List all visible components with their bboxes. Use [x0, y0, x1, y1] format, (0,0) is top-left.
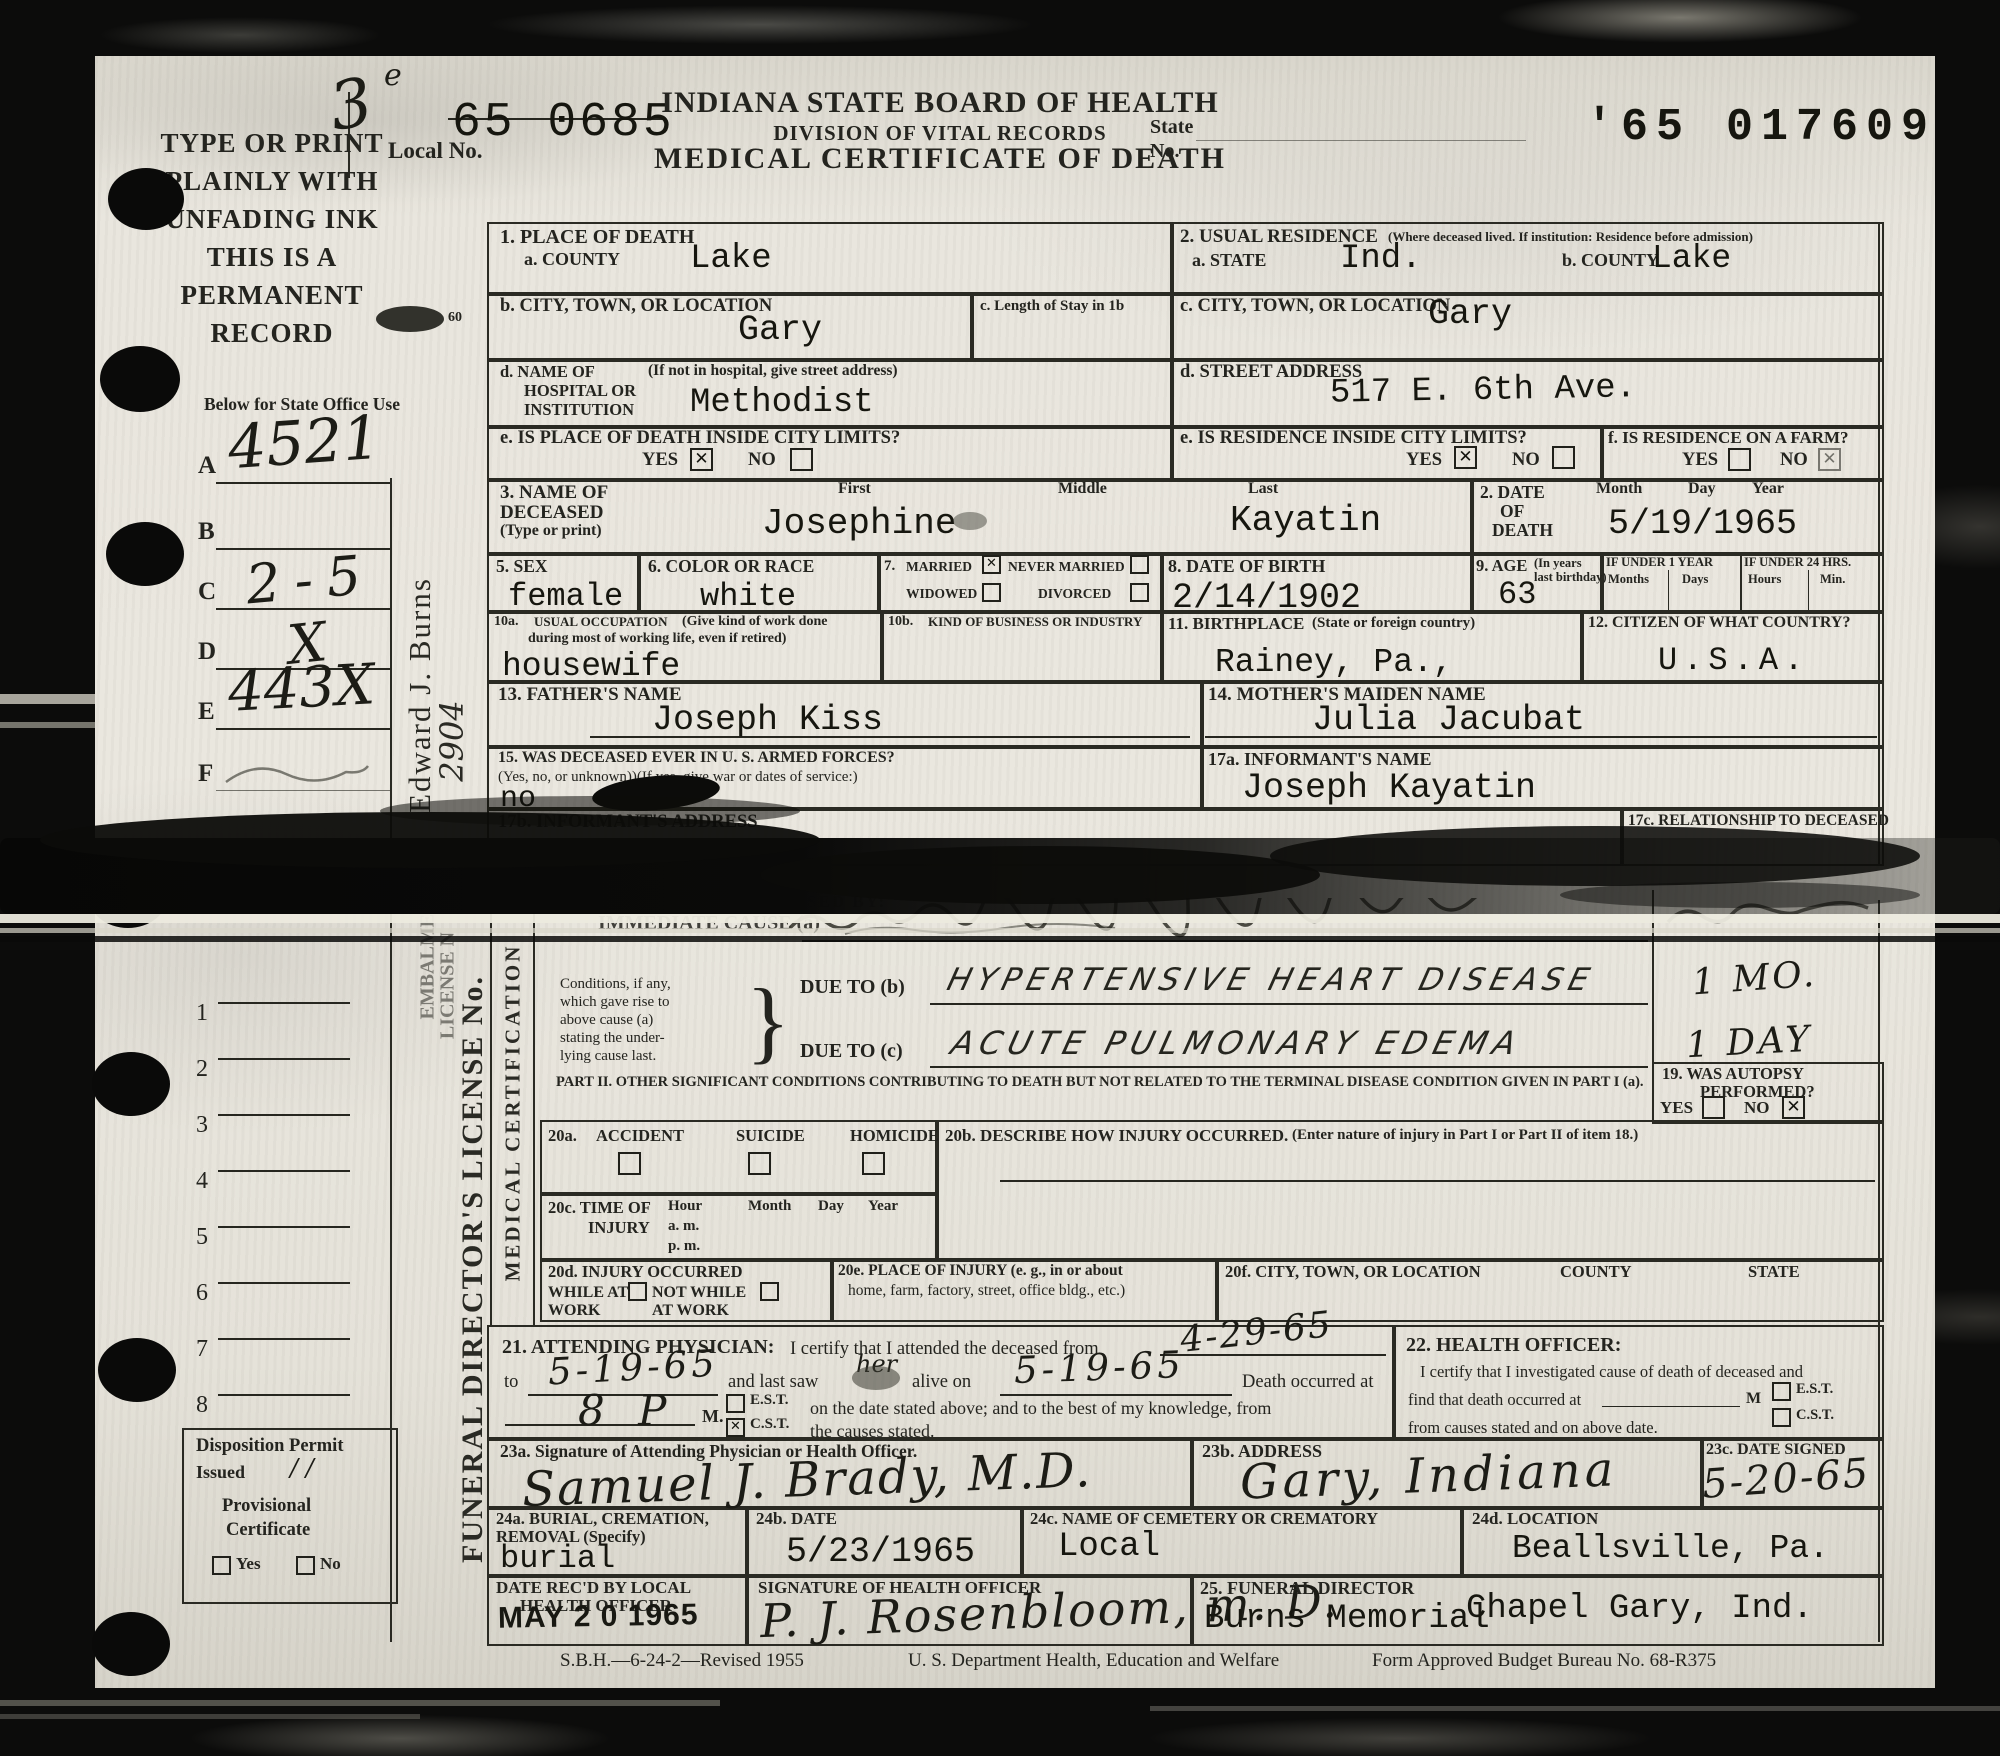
conditions-line: above cause (a) [560, 1012, 653, 1029]
injury-e-label1: 20e. PLACE OF INJURY (e. g., in or about [838, 1262, 1123, 1280]
autopsy-yes-label: YES [1660, 1098, 1693, 1118]
deceased-label2: DECEASED [500, 502, 603, 524]
not-while-label: NOT WHILE [652, 1284, 746, 1302]
pencil-squiggle [222, 756, 372, 792]
street-address-value: 517 E. 6th Ave. [1330, 369, 1637, 412]
no-label: NO [1512, 450, 1540, 471]
office-row-letter: B [198, 518, 215, 546]
writing-line [218, 1170, 350, 1172]
death-city-limits-label: e. IS PLACE OF DEATH INSIDE CITY LIMITS? [500, 428, 900, 449]
writing-line [218, 1114, 350, 1116]
corner-note-sup: e [384, 58, 402, 93]
line-number: 8 [196, 1392, 208, 1419]
burial-label1: 24a. BURIAL, CREMATION, [496, 1509, 709, 1529]
to-label: to [504, 1372, 518, 1393]
conditions-line: which gave rise to [560, 994, 670, 1011]
interval-b-value: 1 MO. [1691, 954, 1819, 1004]
writing-line [218, 1338, 350, 1340]
never-married-label: NEVER MARRIED [1008, 559, 1125, 575]
accident-checkbox [618, 1152, 641, 1175]
place-county-value: Lake [690, 240, 772, 278]
ho-cst-checkbox [1772, 1408, 1791, 1427]
marital-label: 7. [884, 558, 895, 575]
deceased-label1: 3. NAME OF [500, 482, 608, 504]
county-header: COUNTY [1560, 1262, 1632, 1282]
under1-label: IF UNDER 1 YEAR [1606, 555, 1713, 570]
month-header: Month [1596, 480, 1642, 498]
punch-hole [92, 1612, 170, 1676]
injury-d-label: 20d. INJURY OCCURRED [548, 1262, 743, 1282]
instruction-line: TYPE OR PRINT [152, 128, 392, 159]
autopsy-yes-checkbox [1702, 1096, 1725, 1119]
date-received-label1: DATE REC'D BY LOCAL [496, 1578, 691, 1598]
provisional-yes-checkbox [212, 1556, 231, 1575]
instruction-line: RECORD [152, 318, 392, 349]
citizen-value: U.S.A. [1658, 642, 1809, 679]
damage-blob [760, 846, 1320, 904]
writing-line [218, 1394, 350, 1396]
place-county-label: a. COUNTY [524, 249, 620, 270]
year-header: Year [868, 1198, 898, 1215]
instruction-line: PLAINLY WITH [152, 166, 392, 197]
disposition-line2: Provisional [222, 1496, 311, 1517]
farm-no-checkbox: ✕ [1818, 448, 1841, 471]
first-header: First [838, 480, 871, 498]
occupation-paren: (Give kind of work done [682, 614, 827, 630]
death-occurred-label: Death occurred at [1242, 1372, 1373, 1393]
medical-section-border [533, 905, 535, 1325]
age-value: 63 [1498, 576, 1536, 613]
cause-b-value: HYPERTENSIVE HEART DISEASE [944, 962, 1599, 998]
line-number: 4 [196, 1168, 208, 1195]
age-paren2: last birthday) [1534, 570, 1607, 585]
residence-state-label: a. STATE [1192, 250, 1266, 271]
state-label: State [1150, 116, 1193, 139]
physician-saw-date: 5-19-65 [1013, 1343, 1185, 1392]
scratch-line [0, 1714, 420, 1719]
work-label: WORK [548, 1302, 600, 1320]
dod-label1: 2. DATE [1480, 482, 1545, 503]
disposition-issued: Issued [196, 1462, 245, 1483]
office-row-letter: E [198, 698, 215, 726]
due-to-b-label: DUE TO (b) [800, 976, 905, 999]
cause-c-value: ACUTE PULMONARY EDEMA [947, 1024, 1526, 1062]
physician-cert3: the causes stated. [810, 1421, 934, 1442]
age-paren1: (In years [1534, 556, 1582, 571]
ink-smudge [376, 306, 444, 332]
residence-county-label: b. COUNTY [1562, 250, 1659, 271]
while-at-work-checkbox [628, 1282, 647, 1301]
scratch-line [0, 722, 95, 728]
state-no-label: No. [1150, 140, 1179, 163]
writing-line [218, 1282, 350, 1284]
occupation-value: housewife [502, 648, 680, 685]
ho-cst-label: C.S.T. [1796, 1407, 1834, 1424]
am-label: a. m. [668, 1218, 699, 1235]
cst-label: C.S.T. [750, 1416, 789, 1433]
residence-limits-yes-checkbox: ✕ [1454, 446, 1477, 469]
accident-label: ACCIDENT [596, 1126, 684, 1146]
dod-label3: DEATH [1492, 520, 1553, 541]
footer-budget-approval: Form Approved Budget Bureau No. 68-R375 [1372, 1650, 1716, 1672]
scratch-line [0, 694, 95, 704]
birthplace-label: 11. BIRTHPLACE [1168, 614, 1304, 634]
conditions-brace: } [746, 968, 790, 1074]
office-row-letter: A [198, 452, 216, 480]
autopsy-no-checkbox: ✕ [1782, 1096, 1805, 1119]
scratch-line [0, 936, 2000, 942]
interval-c-value: 1 DAY [1685, 1019, 1813, 1067]
widowed-checkbox [982, 583, 1001, 602]
burial-date-label: 24b. DATE [756, 1509, 837, 1529]
autopsy-label1: 19. WAS AUTOPSY [1662, 1064, 1804, 1084]
ink-smudge [852, 1366, 900, 1390]
writing-line [1000, 1394, 1232, 1396]
day-header: Day [818, 1198, 844, 1215]
health-officer-cert3: from causes stated and on above date. [1408, 1418, 1658, 1438]
deceased-first-name: Josephine [762, 503, 956, 544]
state-header: STATE [1748, 1262, 1800, 1282]
instruction-line: PERMANENT [152, 280, 392, 311]
hospital-label: d. NAME OF [500, 362, 595, 382]
married-checkbox: ✕ [982, 555, 1001, 574]
deceased-label3: (Type or print) [500, 522, 602, 540]
under24-label: IF UNDER 24 HRS. [1744, 555, 1851, 570]
cst-checkbox: ✕ [726, 1418, 745, 1437]
homicide-label: HOMICIDE [850, 1126, 939, 1146]
health-officer-label: 22. HEALTH OFFICER: [1406, 1334, 1621, 1357]
race-label: 6. COLOR OR RACE [648, 556, 814, 577]
injury-c-label1: 20c. TIME OF [548, 1198, 651, 1218]
conditions-line: stating the under- [560, 1030, 665, 1047]
sex-label: 5. SEX [496, 556, 548, 577]
dob-value: 2/14/1902 [1172, 578, 1361, 618]
org-title: INDIANA STATE BOARD OF HEALTH [640, 86, 1240, 120]
homicide-checkbox [862, 1152, 885, 1175]
provisional-no-checkbox [296, 1556, 315, 1575]
line-number: 5 [196, 1224, 208, 1251]
office-row-value: 4521 [226, 403, 383, 483]
health-officer-cert2: find that death occurred at [1408, 1390, 1581, 1410]
yes-label: YES [1406, 450, 1442, 471]
occupation-label: 10a. [494, 614, 519, 630]
married-label: MARRIED [906, 559, 972, 575]
residence-city-label: c. CITY, TOWN, OR LOCATION [1180, 296, 1450, 317]
informant-value: Joseph Kayatin [1242, 768, 1536, 808]
license-number-vertical: 2904 [433, 681, 471, 801]
age-label: 9. AGE [1476, 556, 1527, 576]
medical-certification-vertical: MEDICAL CERTIFICATION [501, 913, 526, 1313]
scratch-line [0, 928, 2000, 933]
sex-value: female [508, 578, 623, 615]
cemetery-value: Local [1058, 1528, 1160, 1566]
injury-b-label: 20b. DESCRIBE HOW INJURY OCCURRED. [945, 1126, 1288, 1146]
industry-label2: KIND OF BUSINESS OR INDUSTRY [928, 614, 1142, 630]
medical-section-border [490, 905, 492, 1325]
funeral-director-label: 25. FUNERAL DIRECTOR [1200, 1578, 1414, 1599]
cemetery-location-label: 24d. LOCATION [1472, 1509, 1598, 1529]
widowed-label: WIDOWED [906, 586, 977, 602]
footer-department: U. S. Department Health, Education and W… [908, 1650, 1279, 1672]
birthplace-paren: (State or foreign country) [1312, 615, 1475, 632]
writing-line [218, 1002, 350, 1004]
residence-limits-no-checkbox [1552, 446, 1575, 469]
scratch-line [0, 1700, 720, 1706]
provisional-no-label: No [320, 1554, 341, 1574]
never-married-checkbox [1130, 555, 1149, 574]
father-value: Joseph Kiss [652, 700, 883, 740]
suicide-label: SUICIDE [736, 1126, 805, 1146]
writing-line [218, 1226, 350, 1228]
while-at-label: WHILE AT [548, 1284, 628, 1302]
farm-yes-checkbox [1728, 448, 1751, 471]
hospital-label3: INSTITUTION [524, 400, 634, 420]
cell-divider [1740, 552, 1742, 610]
damage-blob [1560, 882, 1920, 908]
office-row-value: 443X [226, 652, 376, 725]
death-time-value: 8 P [578, 1386, 676, 1435]
suicide-checkbox [748, 1152, 771, 1175]
scratch-line [1150, 1706, 2000, 1711]
est-label: E.S.T. [750, 1392, 789, 1409]
days-header: Days [1682, 572, 1708, 587]
occupation-label2: USUAL OCCUPATION [534, 614, 668, 630]
length-of-stay-label: c. Length of Stay in 1b [980, 298, 1124, 315]
no-label: NO [1780, 450, 1808, 471]
hospital-paren: (If not in hospital, give street address… [648, 362, 898, 380]
writing-line [930, 1066, 1648, 1068]
months-header: Months [1608, 572, 1649, 587]
date-received-stamp: MAY 2 0 1965 [498, 1598, 699, 1635]
due-to-c-label: DUE TO (c) [800, 1040, 903, 1063]
physician-cert2: on the date stated above; and to the bes… [810, 1398, 1271, 1419]
part2-label: PART II. OTHER SIGNIFICANT CONDITIONS CO… [556, 1074, 1644, 1091]
alive-label: alive on [912, 1372, 971, 1393]
instruction-line: THIS IS A [152, 242, 392, 273]
divorced-checkbox [1130, 583, 1149, 602]
occupation-paren2: during most of working life, even if ret… [528, 631, 786, 647]
death-limits-no-checkbox [790, 448, 813, 471]
disposition-line1: Disposition Permit [196, 1436, 343, 1457]
cell-divider [1808, 570, 1809, 610]
ink-smudge [953, 512, 987, 530]
hospital-label2: HOSPITAL OR [524, 381, 636, 401]
line-number: 7 [196, 1336, 208, 1363]
burial-value: burial [500, 1540, 615, 1577]
writing-line [1196, 140, 1526, 141]
cemetery-location-value: Beallsville, Pa. [1512, 1530, 1829, 1567]
stamp-60: 60 [448, 310, 462, 326]
at-work-label: AT WORK [652, 1302, 729, 1320]
min-header: Min. [1820, 572, 1845, 587]
residence-county-value: Lake [1652, 240, 1731, 277]
ho-m-label: M [1746, 1390, 1761, 1408]
writing-line [216, 728, 392, 730]
office-row-letter: C [198, 578, 216, 606]
burial-date-value: 5/23/1965 [786, 1532, 975, 1572]
punch-hole [108, 168, 184, 230]
damage-blob [380, 796, 800, 826]
cemetery-label: 24c. NAME OF CEMETERY OR CREMATORY [1030, 1509, 1378, 1529]
ho-est-label: E.S.T. [1796, 1381, 1833, 1398]
punch-hole [92, 1052, 170, 1116]
writing-line [218, 1058, 350, 1060]
race-value: white [700, 578, 796, 615]
line-number: 2 [196, 1056, 208, 1083]
industry-label: 10b. [888, 614, 913, 630]
funeral-license-label-vertical: FUNERAL DIRECTOR'S LICENSE No. [456, 869, 490, 1669]
residence-state-value: Ind. [1340, 240, 1422, 278]
scratch-line [0, 914, 2000, 923]
year-header: Year [1752, 480, 1784, 498]
conditions-line: lying cause last. [560, 1048, 656, 1065]
provisional-yes-label: Yes [236, 1554, 261, 1574]
office-row-letter: F [198, 760, 213, 788]
saw-label: and last saw [728, 1372, 818, 1393]
no-label: NO [748, 450, 776, 471]
m-label: M. [702, 1406, 724, 1427]
disposition-slashes: / / [290, 1454, 314, 1482]
writing-line [1602, 1406, 1740, 1407]
yes-label: YES [642, 450, 678, 471]
disposition-line3: Certificate [226, 1520, 310, 1541]
instruction-line: UNFADING INK [152, 204, 392, 235]
residence-city-value: Gary [1428, 294, 1512, 334]
writing-line [930, 1003, 1648, 1005]
day-header: Day [1688, 480, 1716, 498]
ho-est-checkbox [1772, 1382, 1791, 1401]
place-of-death-label: 1. PLACE OF DEATH [500, 226, 694, 249]
injury-a-label: 20a. [548, 1126, 577, 1146]
hour-header: Hour [668, 1198, 702, 1215]
injury-b-paren: (Enter nature of injury in Part I or Par… [1292, 1127, 1638, 1144]
line-number: 6 [196, 1280, 208, 1307]
health-officer-cert1: I certify that I investigated cause of d… [1420, 1362, 1803, 1382]
month-header: Month [748, 1198, 791, 1215]
punch-hole [100, 346, 180, 412]
death-limits-yes-checkbox: ✕ [690, 448, 713, 471]
death-city-value: Gary [738, 310, 822, 350]
deceased-last-name: Kayatin [1230, 500, 1381, 541]
residence-farm-label: f. IS RESIDENCE ON A FARM? [1608, 428, 1849, 448]
line-number: 3 [196, 1112, 208, 1139]
hospital-value: Methodist [690, 384, 874, 422]
damage-blob [1270, 826, 1920, 886]
middle-header: Middle [1058, 480, 1107, 498]
office-row-value: 2-5 [243, 542, 377, 616]
hours-header: Hours [1748, 572, 1781, 587]
cell-divider [1668, 570, 1669, 610]
pm-label: p. m. [668, 1238, 700, 1255]
not-while-checkbox [760, 1282, 779, 1301]
death-city-label: b. CITY, TOWN, OR LOCATION [500, 296, 772, 317]
injury-c-label2: INJURY [588, 1218, 650, 1238]
birthplace-value: Rainey, Pa., [1215, 644, 1453, 681]
armed-forces-label: 15. WAS DECEASED EVER IN U. S. ARMED FOR… [498, 749, 895, 767]
funeral-director-value2: Chapel Gary, Ind. [1466, 1590, 1813, 1628]
mother-value: Julia Jacubat [1312, 700, 1585, 740]
last-header: Last [1248, 480, 1278, 498]
date-of-death-value: 5/19/1965 [1608, 504, 1797, 544]
dob-label: 8. DATE OF BIRTH [1168, 556, 1325, 577]
autopsy-no-label: NO [1744, 1098, 1770, 1118]
est-checkbox [726, 1394, 745, 1413]
state-file-number-stamp: '65 017609 [1586, 102, 1936, 153]
office-row-letter: D [198, 638, 216, 666]
scanned-death-certificate: 3 e Local No. 65 0685 INDIANA STATE BOAR… [0, 0, 2000, 1756]
injury-e-label2: home, farm, factory, street, office bldg… [848, 1282, 1125, 1300]
punch-hole [98, 1338, 176, 1402]
injury-f-label: 20f. CITY, TOWN, OR LOCATION [1225, 1262, 1481, 1282]
informant-label: 17a. INFORMANT'S NAME [1208, 749, 1432, 770]
divorced-label: DIVORCED [1038, 586, 1111, 602]
footer-form-number: S.B.H.—6-24-2—Revised 1955 [560, 1650, 804, 1672]
writing-line [1000, 1180, 1875, 1182]
citizen-label: 12. CITIZEN OF WHAT COUNTRY? [1588, 614, 1850, 632]
yes-label: YES [1682, 450, 1718, 471]
conditions-line: Conditions, if any, [560, 976, 671, 993]
punch-hole [106, 522, 184, 586]
line-number: 1 [196, 1000, 208, 1027]
funeral-director-value1: Burns Memorial [1204, 1600, 1490, 1638]
dod-label2: OF [1500, 501, 1524, 522]
